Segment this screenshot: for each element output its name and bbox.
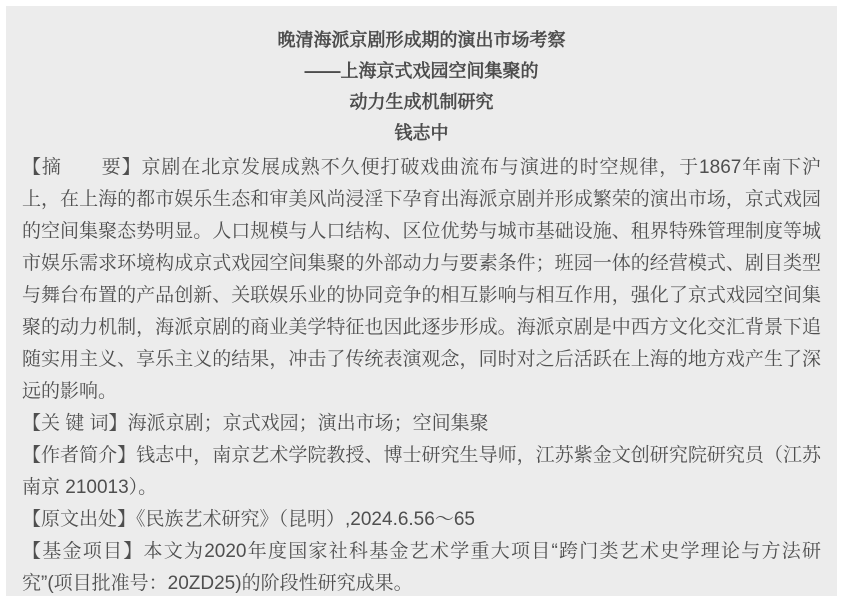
- author-bio-paragraph: 【作者简介】钱志中，南京艺术学院教授、博士研究生导师，江苏紫金文创研究院研究员（…: [22, 440, 821, 504]
- paper-title-line-1: 晚清海派京剧形成期的演出市场考察: [22, 25, 821, 56]
- source-paragraph: 【原文出处】《民族艺术研究》（昆明）,2024.6.56～65: [22, 504, 821, 536]
- paper-title-line-3: 动力生成机制研究: [22, 87, 821, 118]
- abstract-text: 京剧在北京发展成熟不久便打破戏曲流布与演进的时空规律，于1867年南下沪上，在上…: [22, 157, 821, 402]
- abstract-paragraph: 【摘 要】京剧在北京发展成熟不久便打破戏曲流布与演进的时空规律，于1867年南下…: [22, 152, 821, 408]
- abstract-label: 【摘 要】: [22, 157, 141, 178]
- keywords-label: 【关 键 词】: [22, 413, 128, 434]
- paper-title-line-2: ——上海京式戏园空间集聚的: [22, 56, 821, 87]
- author-bio-label: 【作者简介】: [22, 445, 136, 466]
- document-page: 晚清海派京剧形成期的演出市场考察 ——上海京式戏园空间集聚的 动力生成机制研究 …: [6, 6, 837, 596]
- article-content: 晚清海派京剧形成期的演出市场考察 ——上海京式戏园空间集聚的 动力生成机制研究 …: [6, 6, 837, 600]
- keywords-text: 海派京剧；京式戏园；演出市场；空间集聚: [128, 413, 489, 434]
- author-bio-text: 钱志中，南京艺术学院教授、博士研究生导师，江苏紫金文创研究院研究员（江苏 南京 …: [22, 445, 821, 498]
- funding-paragraph: 【基金项目】本文为2020年度国家社科基金艺术学重大项目“跨门类艺术史学理论与方…: [22, 536, 821, 600]
- title-block: 晚清海派京剧形成期的演出市场考察 ——上海京式戏园空间集聚的 动力生成机制研究 …: [22, 25, 821, 149]
- keywords-paragraph: 【关 键 词】海派京剧；京式戏园；演出市场；空间集聚: [22, 408, 821, 440]
- source-label: 【原文出处】: [22, 509, 136, 530]
- funding-label: 【基金项目】: [22, 541, 143, 562]
- source-text: 《民族艺术研究》（昆明）,2024.6.56～65: [136, 509, 475, 530]
- author-name: 钱志中: [22, 118, 821, 149]
- article-body: 【摘 要】京剧在北京发展成熟不久便打破戏曲流布与演进的时空规律，于1867年南下…: [22, 152, 821, 600]
